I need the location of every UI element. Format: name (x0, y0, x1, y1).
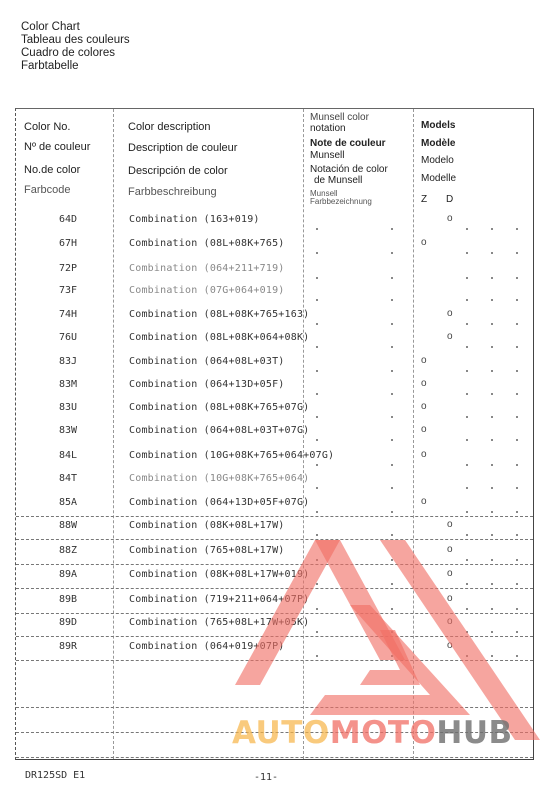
scan-dot (316, 416, 318, 418)
table-row: 83UCombination (08L+08K+765+07G)o (16, 398, 533, 421)
color-description: Combination (08L+08K+064+08K) (129, 332, 309, 343)
scan-dot (466, 487, 468, 489)
model-mark-d: o (447, 616, 453, 627)
scan-dot (391, 487, 393, 489)
scan-dot (466, 323, 468, 325)
color-code: 83W (59, 425, 77, 436)
scan-dot (391, 393, 393, 395)
color-description: Combination (10G+08K+765+064+07G) (129, 450, 334, 461)
scan-dot (316, 299, 318, 301)
color-code: 89D (59, 617, 77, 628)
scan-dot (391, 464, 393, 466)
scan-dot (391, 299, 393, 301)
scan-dot (391, 608, 393, 610)
scan-dot (491, 583, 493, 585)
scan-dot (491, 393, 493, 395)
table-row: 84LCombination (10G+08K+765+064+07G)o (16, 446, 533, 469)
scan-dot (491, 439, 493, 441)
model-mark-z: o (421, 401, 427, 412)
header-munsell-fr-2: Munsell (310, 150, 344, 162)
scan-dot (316, 655, 318, 657)
color-code: 88Z (59, 545, 77, 556)
table-row: 64DCombination (163+019)o (16, 210, 533, 233)
scan-dot (391, 370, 393, 372)
header-color-no-en: Color No. (24, 121, 70, 133)
header-munsell-fr-1: Note de couleur (310, 138, 386, 150)
title-de: Farbtabelle (21, 60, 130, 73)
scan-dot (516, 252, 518, 254)
scan-dot (391, 655, 393, 657)
header-models-de: Modelle (421, 173, 456, 185)
scan-dot (466, 393, 468, 395)
scan-dot (466, 277, 468, 279)
scan-dot (316, 252, 318, 254)
table-row: 74HCombination (08L+08K+765+163)o (16, 305, 533, 328)
header-models-es: Modelo (421, 155, 454, 167)
color-description: Combination (064+019+07P) (129, 641, 285, 652)
title-es: Cuadro de colores (21, 47, 130, 60)
scan-dot (516, 393, 518, 395)
scan-dot (516, 655, 518, 657)
model-mark-z: o (421, 237, 427, 248)
scan-dot (466, 583, 468, 585)
scan-dot (516, 439, 518, 441)
scan-dot (466, 464, 468, 466)
header-description-fr: Description de couleur (128, 142, 237, 154)
scan-dot (391, 511, 393, 513)
model-mark-z: o (421, 496, 427, 507)
scan-dot (491, 655, 493, 657)
color-description: Combination (08L+08K+765+163) (129, 309, 309, 320)
document-title: Color Chart Tableau des couleurs Cuadro … (21, 21, 130, 73)
scan-dot (316, 511, 318, 513)
scan-dot (466, 416, 468, 418)
scan-dot (466, 655, 468, 657)
table-row: 89BCombination (719+211+064+07P)o (16, 590, 533, 614)
scan-dot (316, 559, 318, 561)
scan-dot (516, 583, 518, 585)
model-mark-d: o (447, 308, 453, 319)
color-description: Combination (765+08L+17W+05K) (129, 617, 309, 628)
scan-dot (391, 534, 393, 536)
scan-dot (466, 346, 468, 348)
scan-dot (316, 228, 318, 230)
scan-dot (316, 370, 318, 372)
color-code: 72P (59, 263, 77, 274)
watermark-text: AUTOMOTOHUB (232, 715, 513, 751)
scan-dot (516, 416, 518, 418)
color-code: 76U (59, 332, 77, 343)
scan-dot (491, 608, 493, 610)
scan-dot (491, 277, 493, 279)
header-models-en: Models (421, 120, 455, 132)
scan-dot (516, 608, 518, 610)
scan-dot (316, 631, 318, 633)
scan-dot (491, 511, 493, 513)
scan-dot (466, 370, 468, 372)
scan-dot (391, 631, 393, 633)
color-description: Combination (07G+064+019) (129, 285, 285, 296)
scan-dot (516, 511, 518, 513)
scan-dot (316, 487, 318, 489)
header-color-no-fr: Nº de couleur (24, 141, 90, 153)
scan-dot (491, 534, 493, 536)
scan-dot (316, 393, 318, 395)
header-description-de: Farbbeschreibung (128, 186, 217, 198)
color-description: Combination (064+13D+05F+07G) (129, 497, 309, 508)
color-code: 73F (59, 285, 77, 296)
model-mark-z: o (421, 424, 427, 435)
scan-dot (466, 608, 468, 610)
page-number: -11- (254, 772, 278, 783)
scan-dot (491, 299, 493, 301)
color-description: Combination (064+08L+03T) (129, 356, 285, 367)
scan-dot (316, 534, 318, 536)
scan-dot (391, 323, 393, 325)
scan-dot (491, 416, 493, 418)
scan-dot (466, 252, 468, 254)
table-row: 85ACombination (064+13D+05F+07G)o (16, 493, 533, 517)
scan-dot (516, 346, 518, 348)
scan-dot (491, 559, 493, 561)
header-color-no-de: Farbcode (24, 184, 70, 196)
scan-dot (466, 228, 468, 230)
scan-dot (316, 323, 318, 325)
scan-dot (516, 370, 518, 372)
scan-dot (391, 583, 393, 585)
color-code: 83U (59, 402, 77, 413)
header-munsell-en-1: Munsell color (310, 112, 369, 123)
scan-dot (516, 464, 518, 466)
scan-dot (466, 299, 468, 301)
model-column-d: D (446, 194, 453, 206)
scan-dot (491, 464, 493, 466)
scan-dot (466, 631, 468, 633)
scan-dot (466, 559, 468, 561)
color-code: 88W (59, 520, 77, 531)
model-column-z: Z (421, 194, 427, 206)
color-code: 64D (59, 214, 77, 225)
color-code: 84T (59, 473, 77, 484)
table-row: 83MCombination (064+13D+05F)o (16, 375, 533, 398)
scan-dot (391, 559, 393, 561)
scan-dot (466, 511, 468, 513)
table-row: 73FCombination (07G+064+019) (16, 281, 533, 304)
scan-dot (491, 228, 493, 230)
scan-dot (316, 608, 318, 610)
color-code: 83J (59, 356, 77, 367)
model-mark-z: o (421, 449, 427, 460)
header-description-es: Descripción de color (128, 165, 228, 177)
color-code: 89B (59, 594, 77, 605)
scan-dot (316, 277, 318, 279)
scan-dot (516, 534, 518, 536)
model-mark-d: o (447, 568, 453, 579)
scan-dot (391, 228, 393, 230)
color-description: Combination (719+211+064+07P) (129, 594, 309, 605)
table-row: 88WCombination (08K+08L+17W)o (16, 516, 533, 540)
model-mark-d: o (447, 213, 453, 224)
scan-dot (491, 252, 493, 254)
scan-dot (391, 252, 393, 254)
color-description: Combination (10G+08K+765+064) (129, 473, 309, 484)
title-fr: Tableau des couleurs (21, 34, 130, 47)
table-row: 83WCombination (064+08L+03T+07G)o (16, 421, 533, 444)
scan-dot (391, 416, 393, 418)
model-mark-d: o (447, 331, 453, 342)
scan-dot (466, 534, 468, 536)
scan-dot (391, 346, 393, 348)
color-description: Combination (765+08L+17W) (129, 545, 285, 556)
scan-dot (316, 464, 318, 466)
scan-dot (491, 631, 493, 633)
header-munsell-es-1: Notación de color (310, 164, 388, 175)
color-description: Combination (064+13D+05F) (129, 379, 285, 390)
scan-dot (391, 439, 393, 441)
scan-dot (316, 439, 318, 441)
table-row: 76UCombination (08L+08K+064+08K)o (16, 328, 533, 351)
scan-dot (491, 487, 493, 489)
model-mark-z: o (421, 355, 427, 366)
empty-table-row (16, 684, 533, 708)
color-code: 85A (59, 497, 77, 508)
model-mark-d: o (447, 544, 453, 555)
scan-dot (491, 323, 493, 325)
model-mark-d: o (447, 519, 453, 530)
scan-dot (466, 439, 468, 441)
color-description: Combination (08L+08K+765) (129, 238, 285, 249)
model-mark-z: o (421, 378, 427, 389)
table-row: 72PCombination (064+211+719) (16, 259, 533, 282)
header-models-fr: Modèle (421, 138, 455, 150)
table-row: 67HCombination (08L+08K+765)o (16, 234, 533, 257)
color-code: 89R (59, 641, 77, 652)
table-row: 88ZCombination (765+08L+17W)o (16, 541, 533, 565)
scan-dot (491, 370, 493, 372)
header-color-no-es: No.de color (24, 164, 80, 176)
scan-dot (516, 323, 518, 325)
scan-dot (391, 277, 393, 279)
scan-dot (516, 559, 518, 561)
document-code: DR125SD E1 (25, 770, 85, 781)
header-munsell-de-2: Farbbezeichnung (310, 198, 372, 206)
scan-dot (516, 277, 518, 279)
header-munsell-es-2: de Munsell (314, 175, 362, 186)
header-munsell-en-2: notation (310, 123, 346, 134)
color-code: 74H (59, 309, 77, 320)
color-code: 89A (59, 569, 77, 580)
scan-dot (516, 487, 518, 489)
title-en: Color Chart (21, 21, 130, 34)
color-description: Combination (064+08L+03T+07G) (129, 425, 309, 436)
header-description-en: Color description (128, 121, 211, 133)
color-description: Combination (08K+08L+17W+019) (129, 569, 309, 580)
model-mark-d: o (447, 640, 453, 651)
color-code: 84L (59, 450, 77, 461)
color-description: Combination (163+019) (129, 214, 260, 225)
table-row: 83JCombination (064+08L+03T)o (16, 352, 533, 375)
color-chart-table: Color No. Nº de couleur No.de color Farb… (15, 108, 534, 760)
table-row: 89DCombination (765+08L+17W+05K)o (16, 613, 533, 637)
table-row: 84TCombination (10G+08K+765+064) (16, 469, 533, 492)
table-row: 89ACombination (08K+08L+17W+019)o (16, 565, 533, 589)
scan-dot (516, 228, 518, 230)
table-row: 89RCombination (064+019+07P)o (16, 637, 533, 661)
scan-dot (316, 583, 318, 585)
color-description: Combination (08K+08L+17W) (129, 520, 285, 531)
scan-dot (516, 299, 518, 301)
scan-dot (491, 346, 493, 348)
model-mark-d: o (447, 593, 453, 604)
color-code: 67H (59, 238, 77, 249)
scan-dot (516, 631, 518, 633)
color-description: Combination (064+211+719) (129, 263, 285, 274)
color-description: Combination (08L+08K+765+07G) (129, 402, 309, 413)
color-code: 83M (59, 379, 77, 390)
scan-dot (316, 346, 318, 348)
